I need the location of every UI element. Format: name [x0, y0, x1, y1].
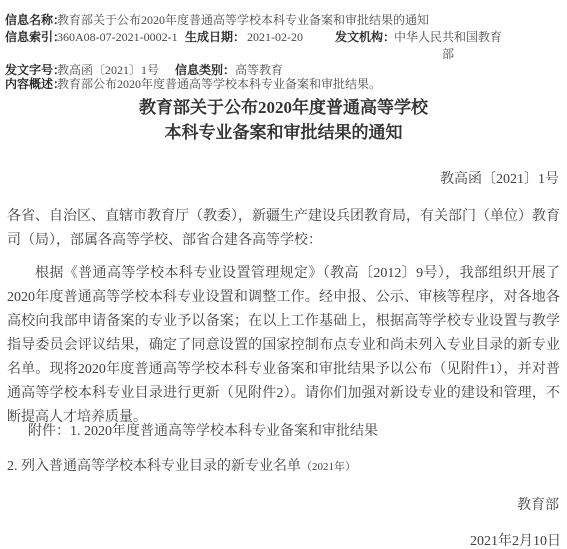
meta-index-value: 360A08-07-2021-0002-1 [57, 29, 178, 46]
meta-gen-date-label: 生成日期： [185, 29, 245, 46]
meta-gen-date-value: 2021-02-20 [247, 29, 303, 46]
document-date: 2021年2月10日 [0, 530, 561, 549]
document-title-line1: 教育部关于公布2020年度普通高等学校 [0, 95, 567, 120]
document-number: 教高函〔2021〕1号 [0, 168, 559, 188]
signature: 教育部 [0, 494, 559, 514]
attachment-item-2: 2. 列入普通高等学校本科专业目录的新专业名单（2021年） [7, 455, 356, 475]
meta-name-value: 教育部关于公布2020年度普通高等学校本科专业备案和审批结果的通知 [57, 12, 429, 29]
meta-summary-value: 教育部公布2020年度普通高等学校本科专业备案和审批结果。 [57, 76, 381, 93]
attachment-item-2-text: 2. 列入普通高等学校本科专业目录的新专业名单 [7, 459, 301, 474]
document-title: 教育部关于公布2020年度普通高等学校 本科专业备案和审批结果的通知 [0, 95, 567, 145]
salutation: 各省、自治区、直辖市教育厅（教委），新疆生产建设兵团教育局，有关部门（单位）教育… [7, 205, 560, 253]
meta-index-label: 信息索引： [5, 29, 65, 46]
meta-agency-value: 中华人民共和国教育部 [391, 29, 505, 63]
meta-name-label: 信息名称： [5, 12, 65, 29]
attachment-item-2-year-note: （2021年） [301, 461, 356, 473]
meta-agency-label: 发文机构： [335, 29, 395, 46]
meta-summary-label: 内容概述： [5, 76, 65, 93]
document-title-line2: 本科专业备案和审批结果的通知 [0, 120, 567, 145]
attachment-item-1: 附件：1. 2020年度普通高等学校本科专业备案和审批结果 [28, 420, 378, 440]
notice-page: 信息名称： 教育部关于公布2020年度普通高等学校本科专业备案和审批结果的通知 … [0, 0, 567, 549]
body-paragraph: 根据《普通高等学校本科专业设置管理规定》（教高〔2012〕9号），我部组织开展了… [7, 262, 560, 430]
